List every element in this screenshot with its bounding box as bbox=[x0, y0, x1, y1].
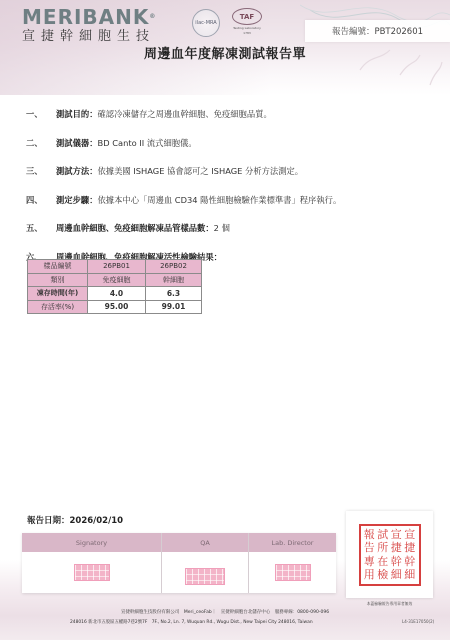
signature-stamp-icon bbox=[275, 564, 311, 581]
list-item: 五、 周邊血幹細胞、免疫細胞解凍品管樣品數： 2 個 bbox=[26, 214, 436, 243]
item-number: 三、 bbox=[26, 165, 56, 177]
table-row: 類別 免疫細胞 幹細胞 bbox=[28, 273, 202, 287]
taf-num: 1783 bbox=[230, 31, 264, 35]
seal-char: 細 bbox=[390, 568, 404, 582]
item-label: 測試目的： bbox=[56, 108, 98, 120]
item-text: 依據本中心「周邊血 CD34 陽性細胞檢驗作業標準書」程序執行。 bbox=[98, 194, 342, 206]
list-item: 四、 測定步驟： 依據本中心「周邊血 CD34 陽性細胞檢驗作業標準書」程序執行… bbox=[26, 186, 436, 215]
report-date: 報告日期：2026/02/10 bbox=[27, 514, 123, 526]
signature-col-signatory: Signatory bbox=[22, 533, 162, 593]
seal-char: 所 bbox=[376, 541, 390, 555]
item-text: 2 個 bbox=[214, 222, 230, 234]
table-row: 凍存時間(年) 4.0 6.3 bbox=[28, 287, 202, 301]
seal-stamp-icon: 報 試 宣 宣 告 所 捷 捷 專 在 幹 幹 用 檢 細 細 bbox=[359, 524, 421, 586]
seal-note: 本蓋檢驗報告專用章者無效 bbox=[346, 601, 433, 607]
report-page: MERIBANK® 宣捷幹細胞生技 ilac-MRA TAF Testing L… bbox=[0, 0, 450, 640]
table-cell: 26PB02 bbox=[146, 260, 202, 274]
footer-company-line: 宣捷幹細胞生技股份有限公司 Meri_ceoFab｜ 宣捷幹細胞台北儲存中心 服… bbox=[0, 609, 450, 615]
seal-char: 宣 bbox=[403, 528, 417, 542]
signature-header: Signatory bbox=[22, 533, 161, 552]
item-text: BD Canto II 流式細胞儀。 bbox=[98, 137, 197, 149]
signature-stamp-icon bbox=[185, 568, 225, 585]
item-label: 測定步驟： bbox=[56, 194, 98, 206]
official-seal: 報 試 宣 宣 告 所 捷 捷 專 在 幹 幹 用 檢 細 細 bbox=[346, 511, 433, 598]
seal-char: 檢 bbox=[376, 568, 390, 582]
table-cell: 26PB01 bbox=[88, 260, 146, 274]
seal-char: 捷 bbox=[390, 541, 404, 555]
seal-char: 專 bbox=[363, 555, 377, 569]
page-title: 周邊血年度解凍測試報告單 bbox=[0, 43, 450, 62]
ilac-mra-icon: ilac-MRA bbox=[192, 9, 220, 37]
seal-char: 宣 bbox=[390, 528, 404, 542]
seal-char: 報 bbox=[363, 528, 377, 542]
item-number: 一、 bbox=[26, 108, 56, 120]
signature-header: Lab. Director bbox=[249, 533, 336, 552]
seal-char: 在 bbox=[376, 555, 390, 569]
seal-char: 幹 bbox=[390, 555, 404, 569]
test-items-list: 一、 測試目的： 確認冷凍儲存之周邊血幹細胞、免疫細胞品質。 二、 測試儀器： … bbox=[26, 100, 436, 271]
document-code: L4-31E17050(2) bbox=[402, 619, 434, 624]
seal-char: 試 bbox=[376, 528, 390, 542]
logo-en-text: MERIBANK bbox=[22, 5, 149, 29]
item-label: 測試儀器： bbox=[56, 137, 98, 149]
seal-char: 用 bbox=[363, 568, 377, 582]
item-number: 四、 bbox=[26, 194, 56, 206]
row-header: 類別 bbox=[28, 273, 88, 287]
list-item: 二、 測試儀器： BD Canto II 流式細胞儀。 bbox=[26, 129, 436, 158]
table-cell: 95.00 bbox=[88, 300, 146, 314]
results-table: 樣品編號 26PB01 26PB02 類別 免疫細胞 幹細胞 凍存時間(年) 4… bbox=[27, 259, 202, 314]
footer-address-line: 248016 新北市五股區五權路7巷2號7F 7F., No.2, Ln. 7,… bbox=[70, 619, 313, 625]
signature-stamp-icon bbox=[74, 564, 110, 581]
table-cell: 免疫細胞 bbox=[88, 273, 146, 287]
signature-col-qa: QA bbox=[162, 533, 249, 593]
seal-char: 捷 bbox=[403, 541, 417, 555]
table-row: 樣品編號 26PB01 26PB02 bbox=[28, 260, 202, 274]
ilac-label: ilac-MRA bbox=[195, 20, 216, 26]
signature-table: Signatory QA Lab. Director bbox=[22, 533, 336, 593]
signature-header: QA bbox=[162, 533, 248, 552]
item-text: 依據美國 ISHAGE 協會認可之 ISHAGE 分析方法測定。 bbox=[98, 165, 304, 177]
item-label: 測試方法： bbox=[56, 165, 98, 177]
table-cell: 6.3 bbox=[146, 287, 202, 301]
row-header: 存活率(%) bbox=[28, 300, 88, 314]
seal-char: 告 bbox=[363, 541, 377, 555]
item-text: 確認冷凍儲存之周邊血幹細胞、免疫細胞品質。 bbox=[98, 108, 272, 120]
list-item: 一、 測試目的： 確認冷凍儲存之周邊血幹細胞、免疫細胞品質。 bbox=[26, 100, 436, 129]
table-row: 存活率(%) 95.00 99.01 bbox=[28, 300, 202, 314]
signature-col-lab-director: Lab. Director bbox=[249, 533, 336, 593]
report-number: 報告編號：PBT202601 bbox=[305, 20, 450, 42]
table-cell: 99.01 bbox=[146, 300, 202, 314]
seal-char: 細 bbox=[403, 568, 417, 582]
seal-char: 幹 bbox=[403, 555, 417, 569]
row-header: 樣品編號 bbox=[28, 260, 88, 274]
item-label: 周邊血幹細胞、免疫細胞解凍品管樣品數： bbox=[56, 222, 214, 234]
item-number: 五、 bbox=[26, 222, 56, 234]
meribank-logo: MERIBANK® 宣捷幹細胞生技 bbox=[22, 6, 156, 45]
taf-label: TAF bbox=[232, 8, 262, 25]
list-item: 三、 測試方法： 依據美國 ISHAGE 協會認可之 ISHAGE 分析方法測定… bbox=[26, 157, 436, 186]
row-header: 凍存時間(年) bbox=[28, 287, 88, 301]
taf-icon: TAF Testing Laboratory 1783 bbox=[230, 8, 264, 35]
taf-sub: Testing Laboratory bbox=[230, 26, 264, 30]
table-cell: 4.0 bbox=[88, 287, 146, 301]
table-cell: 幹細胞 bbox=[146, 273, 202, 287]
item-number: 二、 bbox=[26, 137, 56, 149]
